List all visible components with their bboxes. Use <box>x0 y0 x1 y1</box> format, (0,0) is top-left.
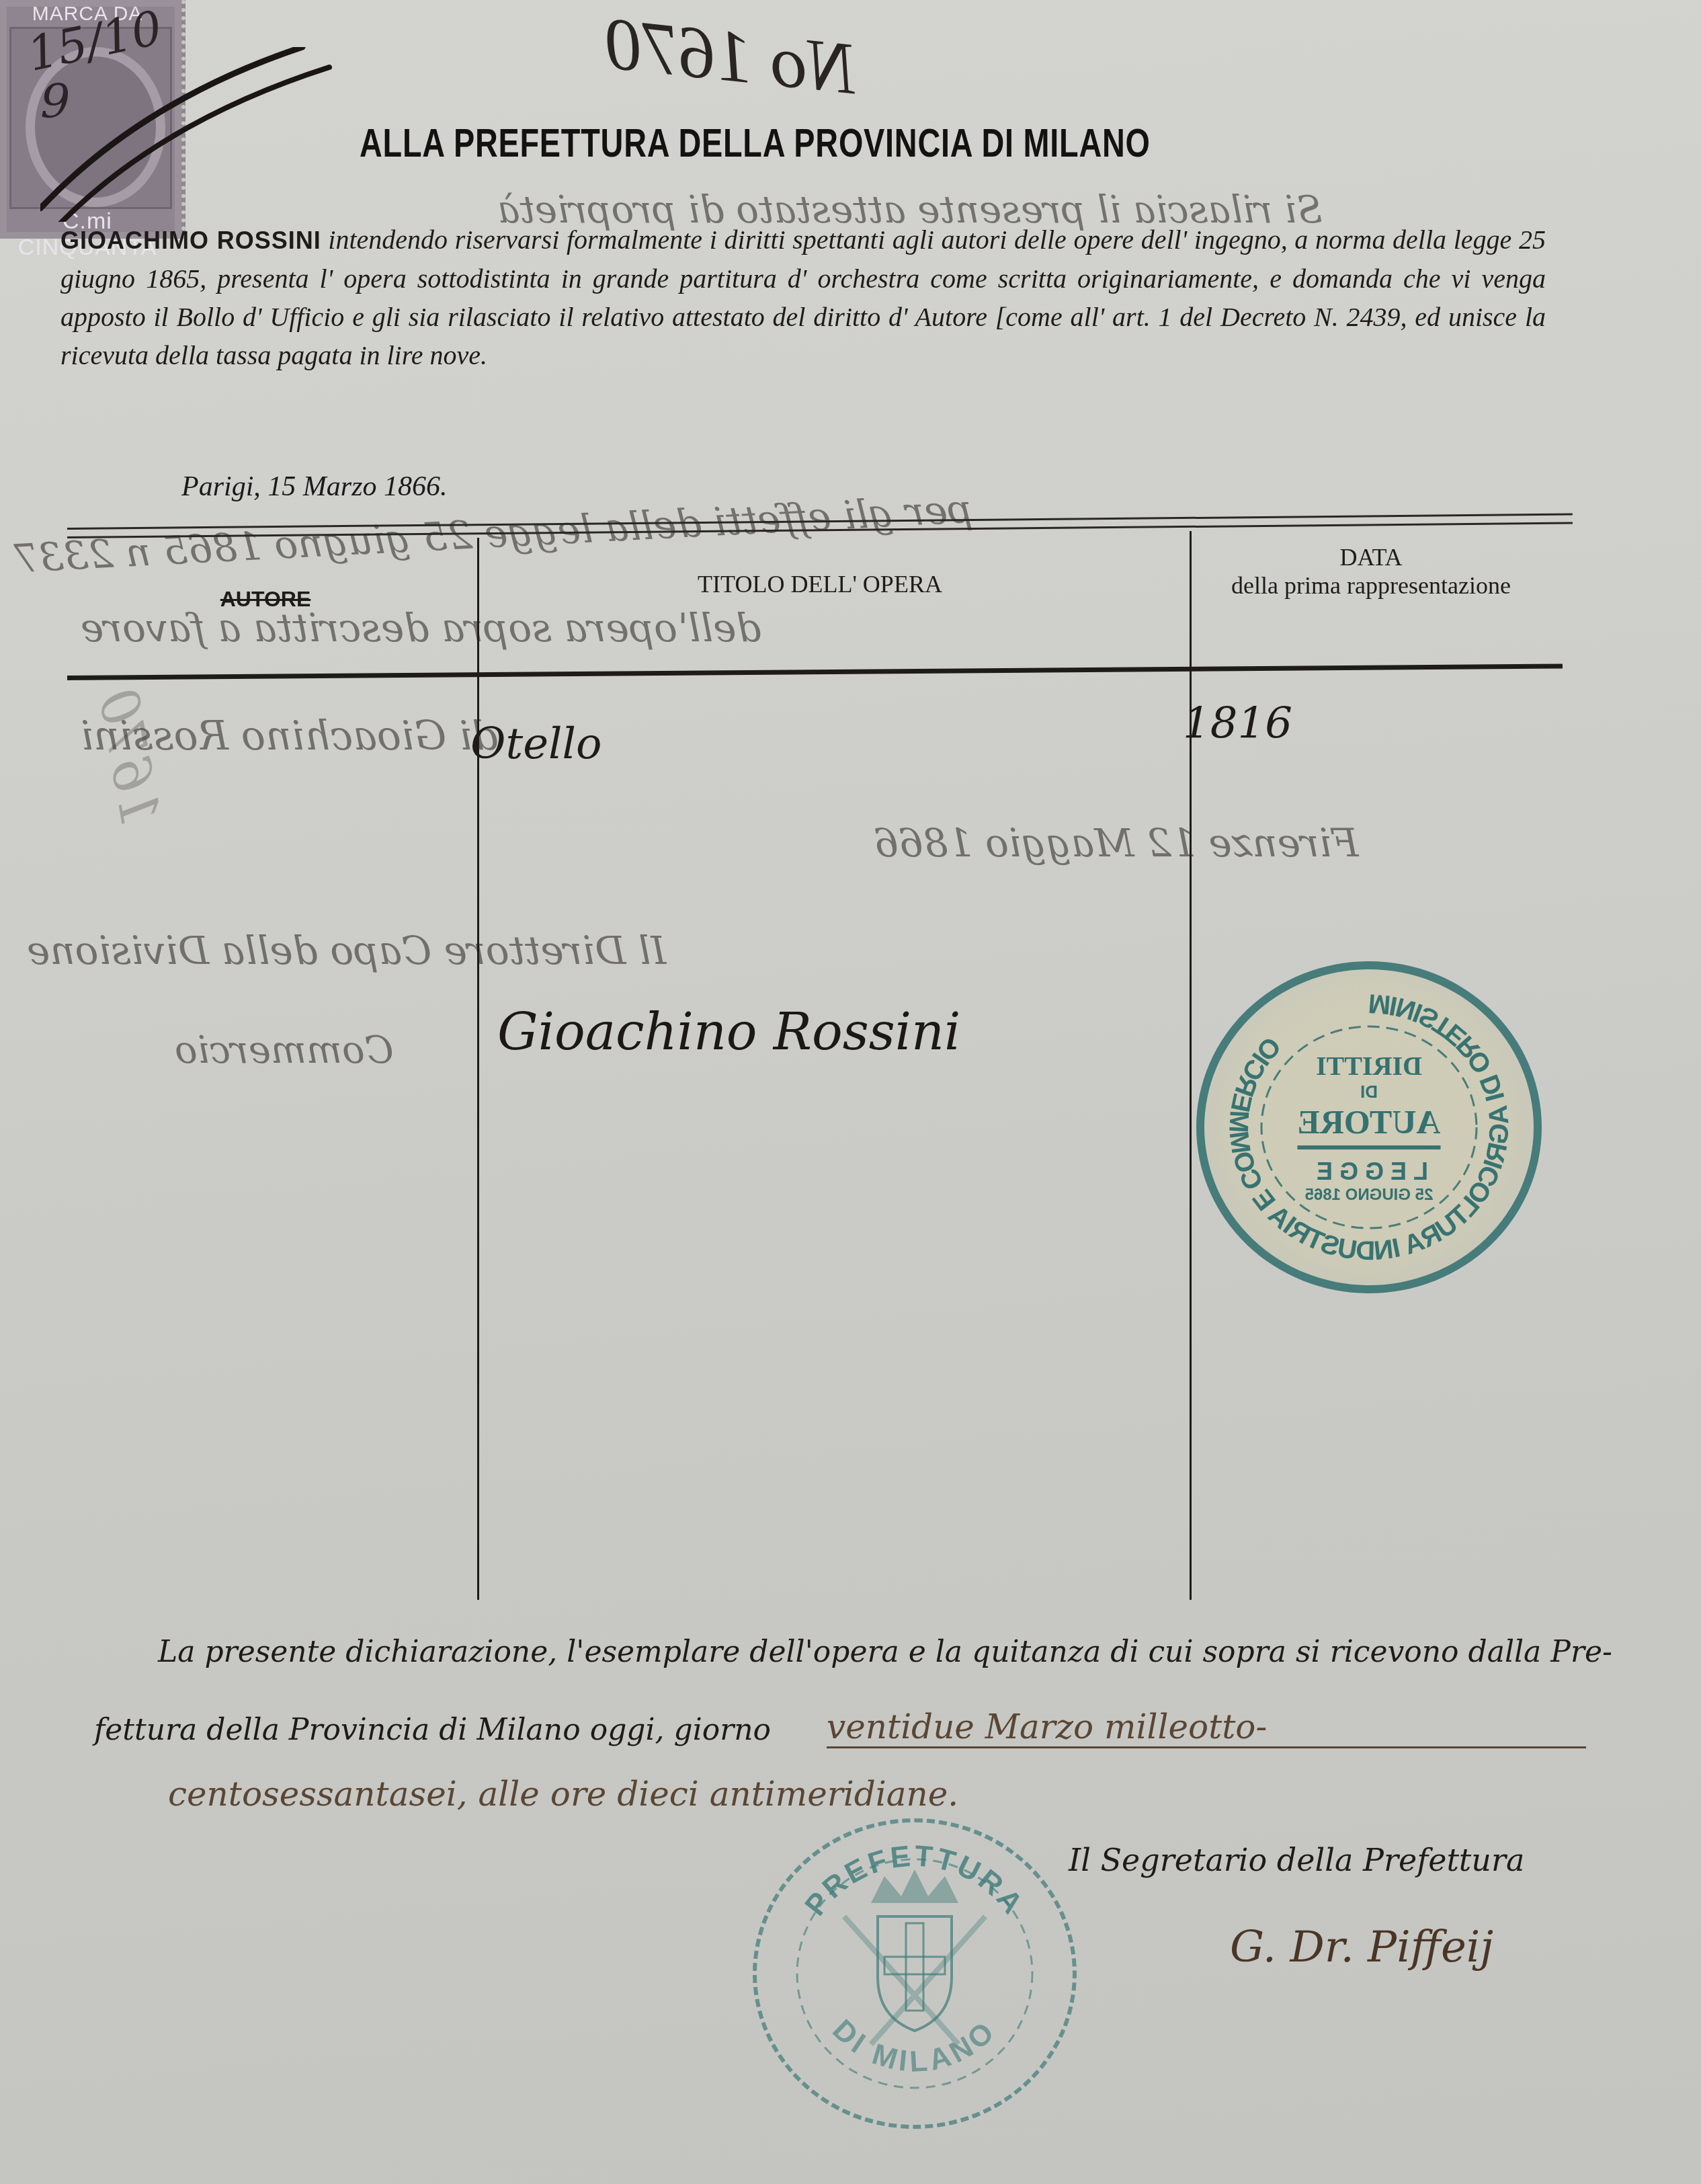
bleed-through-text: dell'opera sopra descritta a favore <box>81 605 761 651</box>
table-header-rule <box>67 664 1563 680</box>
header-author: AUTORE <box>198 587 333 612</box>
seal-ring-text-icon: PREFETTURA DI MILANO <box>757 1822 1073 2125</box>
bleed-through-text: Commercio <box>175 1028 394 1072</box>
bleed-through-text: Firenze 12 Maggio 1866 <box>874 820 1359 866</box>
opera-title-cell: Otello <box>470 719 602 769</box>
header-title: TITOLO DELL' OPERA <box>645 570 995 598</box>
seal-center-text: DIRITTI DI AUTORE LEGGE 25 GIUGNO 1865 <box>1297 1050 1440 1205</box>
column-divider <box>477 538 479 1600</box>
secretary-signature: G. Dr. Piffeij <box>1230 1923 1493 1972</box>
prefettura-seal: PREFETTURA DI MILANO <box>753 1818 1077 2129</box>
header-date-subtitle: della prima rappresentazione <box>1183 571 1559 600</box>
secretary-label: Il Segretario della Prefettura <box>1069 1842 1524 1878</box>
cancellation-strokes-icon <box>40 47 336 222</box>
document-title: ALLA PREFETTURA DELLA PROVINCIA DI MILAN… <box>360 120 1151 166</box>
column-divider <box>1190 531 1192 1600</box>
savoy-cross-shield-icon <box>878 1916 952 2031</box>
svg-text:DI MILANO: DI MILANO <box>826 2013 1003 2078</box>
receipt-printed-line-2: fettura della Provincia di Milano oggi, … <box>94 1713 771 1747</box>
premiere-date-cell: 1816 <box>1183 699 1292 749</box>
crossed-flags-icon <box>844 1916 985 2044</box>
bleed-through-text: Il Direttore Capo della Divisione <box>27 928 666 973</box>
document-page: MARCA DA BOLLO C.mi CINQUANTA 15/10 9 No… <box>0 0 1701 2184</box>
declaration-paragraph: GIOACHIMO ROSSINI intendendo riservarsi … <box>60 220 1546 374</box>
copyright-seal: MINISTERO DI AGRICOLTURA INDUSTRIA E COM… <box>1196 961 1542 1293</box>
receipt-handwritten-time: centosessantasei, alle ore dieci antimer… <box>168 1775 958 1814</box>
header-date: DATA <box>1183 543 1559 571</box>
rossini-signature: Gioachino Rossini <box>497 1002 960 1061</box>
receipt-printed-line-1: La presente dichiarazione, l'esemplare d… <box>158 1635 1612 1669</box>
bleed-through-margin-number: 1670 <box>86 684 171 830</box>
registry-number: No 1670 <box>601 1 861 112</box>
place-date: Parigi, 15 Marzo 1866. <box>181 471 448 503</box>
receipt-handwritten-date: ventidue Marzo milleotto- <box>827 1707 1586 1748</box>
applicant-name: GIOACHIMO ROSSINI <box>60 227 321 254</box>
